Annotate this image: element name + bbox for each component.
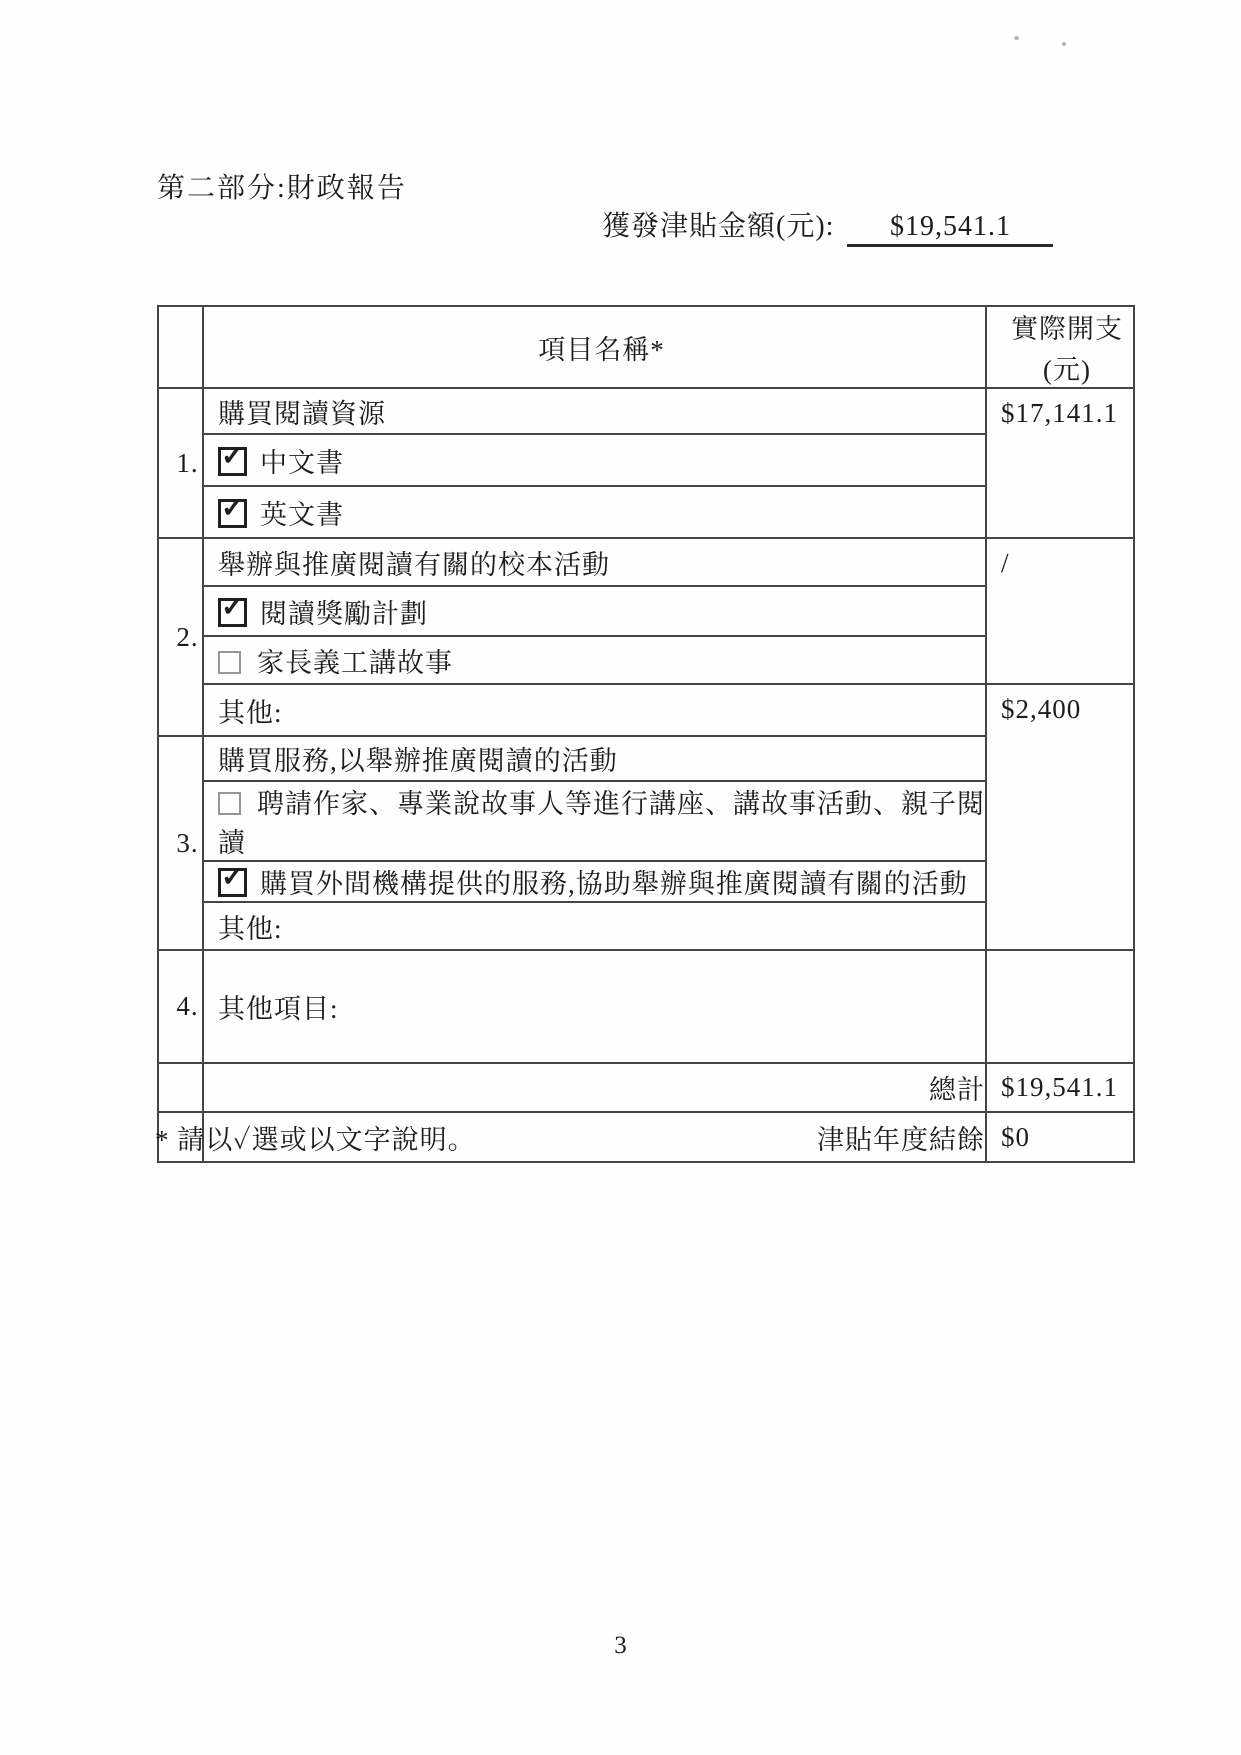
check-mark: ✓	[221, 495, 244, 523]
document-page: 第二部分:財政報告 獲發津貼金額(元):$19,541.1 項目名稱* 實際開支…	[0, 0, 1241, 1755]
item-title: 購買閱讀資源	[203, 388, 986, 434]
scan-speck	[1062, 42, 1066, 46]
checkbox-unchecked-icon	[218, 792, 241, 815]
table-row: 2. 舉辦與推廣閱讀有關的校本活動 /	[158, 538, 1134, 586]
other-label: 其他:	[203, 684, 986, 736]
checkbox-checked-icon: ✓	[218, 447, 247, 476]
total-value: $19,541.1	[986, 1063, 1134, 1112]
item-title: 其他項目:	[203, 950, 986, 1063]
row-number: 1.	[158, 388, 203, 538]
check-mark: ✓	[221, 864, 244, 892]
page-number: 3	[0, 1632, 1241, 1660]
subitem-row: 家長義工講故事	[203, 636, 986, 684]
expense-value: /	[986, 538, 1134, 684]
subsidy-label: 獲發津貼金額(元):	[602, 211, 834, 242]
column-header-item: 項目名稱*	[203, 306, 986, 388]
header-empty-cell	[158, 306, 203, 388]
subitem-row: ✓英文書	[203, 486, 986, 538]
expense-value: $17,141.1	[986, 388, 1134, 538]
subitem-row: ✓閱讀獎勵計劃	[203, 586, 986, 636]
other-label: 其他:	[203, 902, 986, 950]
checkbox-unchecked-icon	[218, 651, 241, 674]
checkbox-checked-icon: ✓	[218, 598, 247, 627]
row-number: 4.	[158, 950, 203, 1063]
subitem-label: 家長義工講故事	[257, 648, 453, 678]
subsidy-line: 獲發津貼金額(元):$19,541.1	[602, 204, 1053, 247]
table-header-row: 項目名稱* 實際開支 (元)	[158, 306, 1134, 388]
finance-table: 項目名稱* 實際開支 (元) 1. 購買閱讀資源 $17,141.1 ✓中文書 …	[157, 305, 1135, 1163]
check-mark: ✓	[221, 594, 244, 622]
subitem-row: ✓中文書	[203, 434, 986, 486]
row-number: 3.	[158, 736, 203, 950]
footnote: * 請以✓選或以文字說明。	[155, 1118, 476, 1157]
subsidy-amount: $19,541.1	[847, 211, 1053, 247]
scan-speck	[1014, 36, 1019, 40]
subitem-label: 購買外間機構提供的服務,協助舉辦與推廣閱讀有關的活動	[260, 869, 968, 899]
checkbox-checked-icon: ✓	[218, 499, 247, 528]
column-header-expense-line1: 實際開支	[1001, 307, 1133, 346]
table-row: 其他: $2,400	[158, 684, 1134, 736]
total-row: 總計 $19,541.1	[158, 1063, 1134, 1112]
check-mark: ✓	[221, 443, 244, 471]
column-header-expense-line2: (元)	[1001, 348, 1133, 387]
item-title: 舉辦與推廣閱讀有關的校本活動	[203, 538, 986, 586]
total-label: 總計	[203, 1063, 986, 1112]
expense-value: $2,400	[986, 684, 1134, 950]
expense-value	[986, 950, 1134, 1063]
subitem-label: 聘請作家、專業說故事人等進行講座、講故事活動、親子閱讀	[218, 789, 985, 858]
subitem-label: 中文書	[260, 448, 344, 478]
section-title: 第二部分:財政報告	[157, 166, 407, 206]
checkbox-checked-icon: ✓	[218, 868, 247, 897]
column-header-expense: 實際開支 (元)	[986, 306, 1134, 388]
item-title: 購買服務,以舉辦推廣閱讀的活動	[203, 736, 986, 781]
table-row: 1. 購買閱讀資源 $17,141.1	[158, 388, 1134, 434]
balance-value: $0	[986, 1112, 1134, 1162]
table-row: 4. 其他項目:	[158, 950, 1134, 1063]
subitem-label: 英文書	[260, 500, 344, 530]
row-number: 2.	[158, 538, 203, 736]
subitem-label: 閱讀獎勵計劃	[260, 599, 428, 629]
row-number	[158, 1063, 203, 1112]
subitem-row: 聘請作家、專業說故事人等進行講座、講故事活動、親子閱讀	[203, 781, 986, 861]
subitem-row: ✓購買外間機構提供的服務,協助舉辦與推廣閱讀有關的活動	[203, 861, 986, 902]
